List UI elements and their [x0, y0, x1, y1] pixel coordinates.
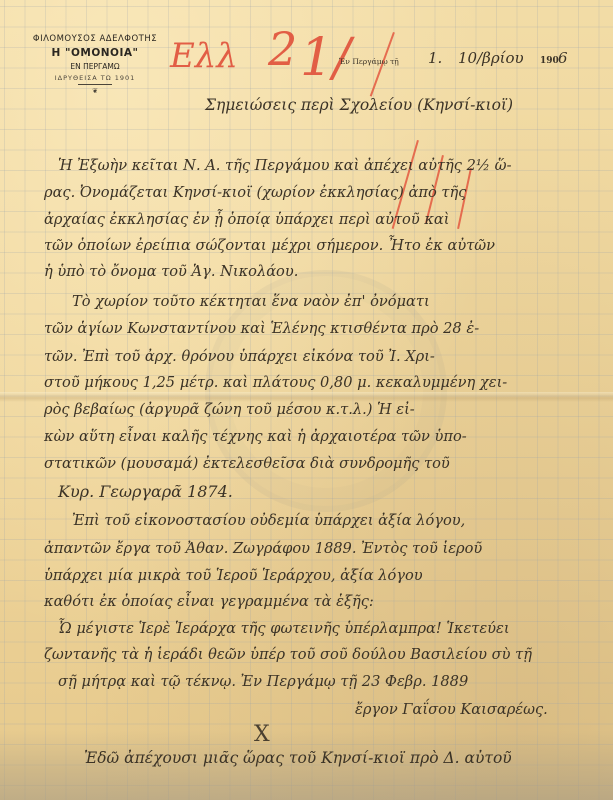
body-line: Ἡ Ἐξωὴν κεῖται Ν. Α. τῆς Περγάμου καὶ ἀπ… — [58, 157, 512, 174]
body-line: Κυρ. Γεωργαρᾶ 1874. — [58, 482, 233, 501]
ornament-icon: ❦ — [20, 87, 170, 95]
date-year-printed: 190 — [540, 56, 559, 66]
letterhead-society: ΦΙΛΟΜΟΥΣΟΣ ΑΔΕΛΦΟΤΗΣ — [20, 34, 170, 44]
body-line: στοῦ μήκους 1,25 μέτρ. καὶ πλάτους 0,80 … — [44, 374, 507, 391]
body-line: καθότι ἐκ ὁποίας εἶναι γεγραμμένα τὰ ἑξῆ… — [44, 593, 374, 610]
red-annotation-number: 2 — [268, 22, 297, 76]
body-line: ὑπάρχει μία μικρὰ τοῦ Ἱεροῦ Ἱεράρχου, ἀξ… — [44, 567, 423, 584]
footer-note: Ἐδῶ ἀπέχουσι μιᾶς ὥρας τοῦ Κηνσί-κιοϊ πρ… — [84, 749, 512, 767]
letterhead-name: Η "ΟΜΟΝΟΙΑ" — [20, 47, 170, 59]
x-marker: X — [254, 722, 270, 747]
letterhead-divider — [78, 84, 112, 85]
body-line: Τὸ χωρίον τοῦτο κέκτηται ἕνα ναὸν ἐπ' ὀν… — [72, 293, 430, 310]
body-line: ἀπαντῶν ἔργα τοῦ Ἀθαν. Ζωγράφου 1889. Ἐν… — [44, 540, 482, 557]
date-year-digit: 6 — [558, 49, 568, 67]
inscription-signature: ἔργον Γαΐσου Καισαρέως. — [355, 701, 548, 718]
body-line: ρας. Ὀνομάζεται Κηνσί-κιοϊ (χωρίον ἐκκλη… — [44, 184, 466, 201]
date-month: 10/βρίου — [458, 49, 524, 67]
body-line: στατικῶν (μουσαμά) ἐκτελεσθεῖσα διὰ συνδ… — [44, 455, 450, 472]
body-line: κὼν αὕτη εἶναι καλῆς τέχνης καὶ ἡ ἀρχαιο… — [44, 428, 467, 445]
body-line: Ἐπὶ τοῦ εἰκονοστασίου οὐδεμία ὑπάρχει ἀξ… — [72, 512, 465, 529]
subject-line: Σημειώσεις περὶ Σχολείου (Κηνσί-κιοϊ) — [205, 96, 513, 114]
inscription-line: σῇ μήτρᾳ καὶ τῷ τέκνῳ. Ἐν Περγάμῳ τῇ 23 … — [58, 673, 468, 690]
letterhead-founded: ΙΔΡΥΘΕΙΣΑ ΤΩ 1901 — [20, 74, 170, 82]
body-line: ἀρχαίας ἐκκλησίας ἐν ᾗ ὁποίᾳ ὑπάρχει περ… — [44, 211, 449, 228]
inscription-line: Ὦ μέγιστε Ἱερὲ Ἱεράρχα τῆς φωτεινῆς ὑπέρ… — [58, 620, 510, 637]
letterhead: ΦΙΛΟΜΟΥΣΟΣ ΑΔΕΛΦΟΤΗΣ Η "ΟΜΟΝΟΙΑ" ΕΝ ΠΕΡΓ… — [20, 34, 170, 95]
red-annotation-prefix: Ελλ — [170, 36, 238, 76]
printed-place-label: Ἐν Περγάμῳ τῇ — [339, 57, 399, 66]
inscription-line: ζωντανῆς τὰ ἡ ἱεράδι θεῶν ὑπέρ τοῦ σοῦ δ… — [44, 646, 532, 663]
document-page: ΦΙΛΟΜΟΥΣΟΣ ΑΔΕΛΦΟΤΗΣ Η "ΟΜΟΝΟΙΑ" ΕΝ ΠΕΡΓ… — [0, 0, 613, 800]
body-line: ἡ ὑπὸ τὸ ὄνομα τοῦ Ἁγ. Νικολάου. — [44, 263, 298, 280]
body-line: τῶν ἁγίων Κωνσταντίνου καὶ Ἑλένης κτισθέ… — [44, 320, 479, 337]
letterhead-place: ΕΝ ΠΕΡΓΑΜΩ — [20, 62, 170, 71]
body-line: τῶν ὁποίων ἐρείπια σώζονται μέχρι σήμερο… — [44, 237, 495, 254]
date-day: 1. — [428, 49, 442, 67]
body-line: τῶν. Ἐπὶ τοῦ ἀρχ. θρόνου ὑπάρχει εἰκόνα … — [44, 348, 435, 365]
body-line: ρὸς βεβαίως (ἀργυρᾶ ζώνη τοῦ μέσου κ.τ.λ… — [44, 401, 415, 418]
